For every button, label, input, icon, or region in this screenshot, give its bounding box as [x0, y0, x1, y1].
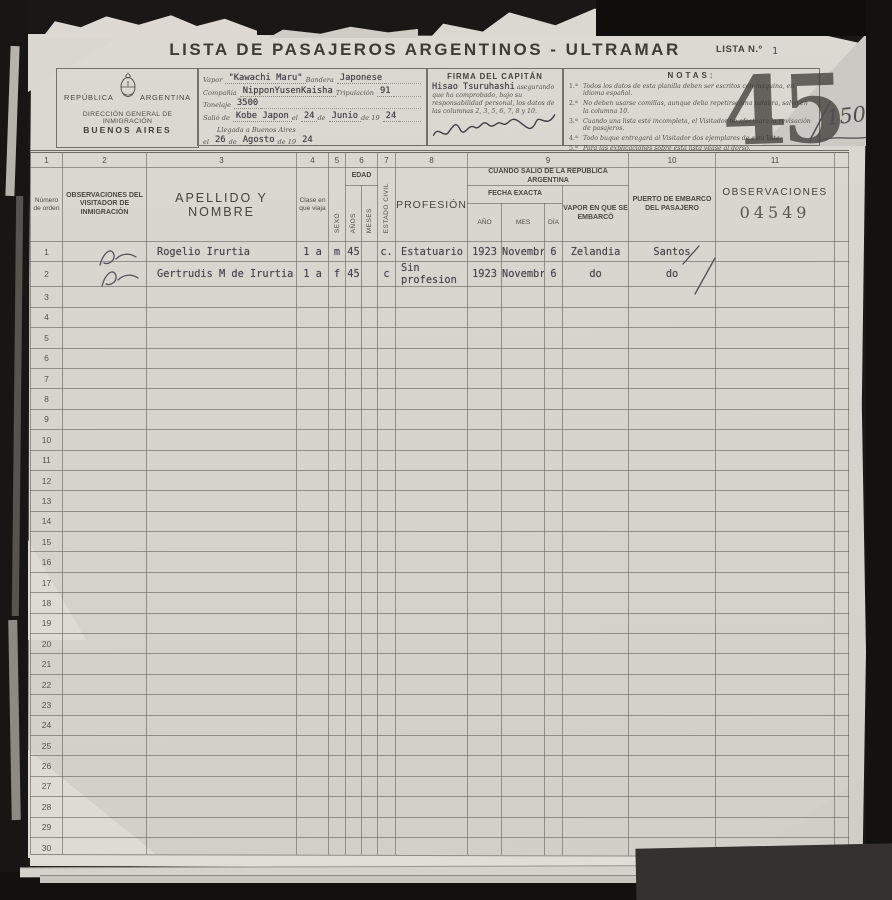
- agency-argentina: ARGENTINA: [140, 93, 191, 102]
- cell-estado: [378, 756, 396, 776]
- cell-margin: [835, 756, 849, 776]
- cell-mes: [502, 552, 545, 572]
- cell-name: [147, 328, 297, 348]
- cell-visitador: [63, 776, 147, 796]
- cell-margin: [835, 613, 849, 633]
- cell-sexo: [329, 715, 346, 735]
- cell-margin: [835, 735, 849, 755]
- cell-clase: [297, 654, 329, 674]
- cell-anos: [346, 368, 362, 388]
- cell-visitador: [63, 409, 147, 429]
- cell-visitador: [63, 613, 147, 633]
- cell-name: [147, 511, 297, 531]
- cell-visitador: [63, 470, 147, 490]
- cell-profesion: [396, 593, 468, 613]
- cell-dia: [545, 511, 563, 531]
- table-row: 29: [31, 817, 849, 837]
- table-row: 23: [31, 695, 849, 715]
- cell-clase: [297, 756, 329, 776]
- cell-obs: [716, 613, 835, 633]
- passenger-table: 1 2 3 4 5 6 7 8 9 10 11 Número de orden …: [30, 150, 849, 858]
- cell-estado: [378, 307, 396, 327]
- cell-clase: [297, 532, 329, 552]
- cell-mes: Novembre: [502, 262, 545, 287]
- llegada-mes: Agosto: [240, 135, 278, 146]
- cell-num: 12: [31, 470, 63, 490]
- cell-meses: [362, 287, 378, 307]
- cell-anos: [346, 389, 362, 409]
- cell-name: [147, 552, 297, 572]
- observaciones-number-stamp: 04549: [716, 203, 834, 222]
- cell-visitador: [63, 307, 147, 327]
- header-sexo: SEXO: [329, 168, 346, 242]
- cell-name: [147, 735, 297, 755]
- cell-dia: [545, 593, 563, 613]
- cell-anos: [346, 572, 362, 592]
- cell-vapor: [563, 368, 629, 388]
- cell-name: [147, 491, 297, 511]
- llegada-de-label: de: [229, 138, 237, 146]
- cell-margin: [835, 817, 849, 837]
- cell-obs: [716, 532, 835, 552]
- cell-vapor: [563, 593, 629, 613]
- cell-anos: [346, 695, 362, 715]
- cell-ano: [468, 756, 502, 776]
- cell-vapor: [563, 797, 629, 817]
- cell-vapor: [563, 430, 629, 450]
- cell-vapor: [563, 307, 629, 327]
- cell-mes: Novembre: [502, 242, 545, 262]
- cell-puerto: [629, 613, 716, 633]
- cell-num: 7: [31, 368, 63, 388]
- cell-vapor: [563, 409, 629, 429]
- cell-dia: [545, 532, 563, 552]
- cell-name: [147, 634, 297, 654]
- cell-estado: [378, 817, 396, 837]
- cell-anos: [346, 287, 362, 307]
- cell-anos: [346, 756, 362, 776]
- cell-vapor: [563, 674, 629, 694]
- cell-ano: [468, 817, 502, 837]
- col-number: 6: [346, 152, 378, 168]
- cell-visitador: [63, 368, 147, 388]
- cell-name: Gertrudis M de Irurtia: [147, 262, 297, 287]
- cell-profesion: [396, 634, 468, 654]
- cell-mes: [502, 817, 545, 837]
- cell-margin: [835, 450, 849, 470]
- cell-sexo: [329, 409, 346, 429]
- cell-name: [147, 450, 297, 470]
- cell-estado: [378, 470, 396, 490]
- cell-mes: [502, 654, 545, 674]
- cell-anos: [346, 715, 362, 735]
- cell-mes: [502, 634, 545, 654]
- cell-obs: [716, 409, 835, 429]
- cell-vapor: [563, 348, 629, 368]
- cell-clase: [297, 348, 329, 368]
- cell-obs: [716, 430, 835, 450]
- cell-name: [147, 572, 297, 592]
- cell-num: 24: [31, 715, 63, 735]
- cell-anos: [346, 817, 362, 837]
- cell-sexo: [329, 674, 346, 694]
- cell-puerto: [629, 634, 716, 654]
- captain-signature-box: FIRMA DEL CAPITÁN Hisao Tsuruhashi asegu…: [427, 68, 563, 146]
- cell-estado: [378, 572, 396, 592]
- col-number: 2: [63, 152, 147, 168]
- bandera-value: Japonese: [337, 73, 385, 84]
- cell-sexo: [329, 654, 346, 674]
- cell-puerto: [629, 307, 716, 327]
- cell-ano: [468, 695, 502, 715]
- cell-dia: [545, 368, 563, 388]
- cell-sexo: [329, 348, 346, 368]
- table-row: 6: [31, 348, 849, 368]
- cell-visitador: [63, 756, 147, 776]
- cell-ano: [468, 532, 502, 552]
- cell-clase: [297, 634, 329, 654]
- table-row: 18: [31, 593, 849, 613]
- cell-obs: [716, 348, 835, 368]
- cell-sexo: [329, 430, 346, 450]
- cell-puerto: [629, 674, 716, 694]
- cell-meses: [362, 368, 378, 388]
- tripulacion-label: Tripulación: [336, 89, 374, 97]
- table-row: 2Gertrudis M de Irurtia1 af45cSin profes…: [31, 262, 849, 287]
- cell-profesion: [396, 389, 468, 409]
- cell-num: 1: [31, 242, 63, 262]
- cell-estado: [378, 368, 396, 388]
- cell-puerto: [629, 389, 716, 409]
- col-number: 7: [378, 152, 396, 168]
- salio-mes: Junio: [329, 111, 361, 122]
- cell-meses: [362, 552, 378, 572]
- table-row: 22: [31, 674, 849, 694]
- cell-name: [147, 532, 297, 552]
- cell-estado: [378, 654, 396, 674]
- cell-meses: [362, 532, 378, 552]
- cell-dia: [545, 797, 563, 817]
- cell-obs: [716, 470, 835, 490]
- cell-clase: [297, 389, 329, 409]
- cell-anos: 45: [346, 242, 362, 262]
- header-anos: AÑOS: [346, 186, 362, 242]
- cell-puerto: [629, 797, 716, 817]
- compania-value: NipponYusenKaisha: [240, 86, 336, 97]
- cell-clase: [297, 491, 329, 511]
- cell-meses: [362, 491, 378, 511]
- cell-vapor: [563, 756, 629, 776]
- cell-name: [147, 674, 297, 694]
- cell-sexo: [329, 572, 346, 592]
- table-row: 4: [31, 307, 849, 327]
- cell-margin: [835, 593, 849, 613]
- cell-mes: [502, 797, 545, 817]
- cell-ano: [468, 735, 502, 755]
- cell-meses: [362, 450, 378, 470]
- cell-meses: [362, 776, 378, 796]
- cell-profesion: [396, 695, 468, 715]
- cell-estado: [378, 715, 396, 735]
- cell-mes: [502, 328, 545, 348]
- cell-sexo: m: [329, 242, 346, 262]
- cell-meses: [362, 735, 378, 755]
- cell-mes: [502, 491, 545, 511]
- cell-sexo: [329, 593, 346, 613]
- cell-sexo: [329, 552, 346, 572]
- cell-sexo: [329, 532, 346, 552]
- cell-sexo: [329, 756, 346, 776]
- cell-ano: [468, 797, 502, 817]
- cell-vapor: [563, 491, 629, 511]
- cell-anos: [346, 797, 362, 817]
- cell-visitador: [63, 532, 147, 552]
- cell-sexo: [329, 470, 346, 490]
- cell-profesion: [396, 674, 468, 694]
- cell-profesion: [396, 348, 468, 368]
- cell-obs: [716, 450, 835, 470]
- table-row: 10: [31, 430, 849, 450]
- cell-puerto: [629, 532, 716, 552]
- cell-meses: [362, 634, 378, 654]
- cell-puerto: [629, 756, 716, 776]
- book-cover-corner: [635, 843, 892, 900]
- cell-dia: [545, 287, 563, 307]
- cell-ano: [468, 389, 502, 409]
- cell-puerto: [629, 409, 716, 429]
- cell-sexo: [329, 776, 346, 796]
- cell-vapor: [563, 389, 629, 409]
- cell-clase: [297, 593, 329, 613]
- cell-profesion: [396, 735, 468, 755]
- torn-paper-edge: [268, 24, 418, 38]
- agency-box: REPÚBLICA ARGENTINA DIRECCIÓN GENERAL DE…: [56, 68, 199, 148]
- de19-label: de 19: [361, 114, 380, 122]
- cell-name: [147, 409, 297, 429]
- cell-num: 16: [31, 552, 63, 572]
- header-visitador: OBSERVACIONES DEL VISITADOR DE INMIGRACI…: [63, 168, 147, 242]
- bandera-label: Bandera: [306, 76, 334, 84]
- cell-dia: [545, 634, 563, 654]
- cell-visitador: [63, 715, 147, 735]
- cell-obs: [716, 511, 835, 531]
- cell-obs: [716, 674, 835, 694]
- cell-obs: [716, 572, 835, 592]
- cell-anos: [346, 552, 362, 572]
- cell-vapor: [563, 572, 629, 592]
- page-title: LISTA DE PASAJEROS ARGENTINOS - ULTRAMAR: [160, 40, 690, 60]
- cell-puerto: [629, 552, 716, 572]
- cell-margin: [835, 654, 849, 674]
- table-row: 3: [31, 287, 849, 307]
- vapor-value: "Kawachi Maru": [225, 73, 305, 84]
- cell-mes: [502, 287, 545, 307]
- cell-puerto: [629, 511, 716, 531]
- cell-mes: [502, 756, 545, 776]
- cell-ano: [468, 552, 502, 572]
- captain-handwritten-signature: [430, 106, 560, 145]
- cell-clase: [297, 368, 329, 388]
- cell-meses: [362, 430, 378, 450]
- cell-num: 29: [31, 817, 63, 837]
- cell-name: [147, 613, 297, 633]
- cell-mes: [502, 409, 545, 429]
- cell-estado: [378, 797, 396, 817]
- cell-sexo: [329, 307, 346, 327]
- cell-dia: [545, 715, 563, 735]
- salio-anio: 24: [383, 111, 400, 122]
- cell-meses: [362, 593, 378, 613]
- cell-visitador: [63, 797, 147, 817]
- cell-vapor: [563, 715, 629, 735]
- cell-margin: [835, 262, 849, 287]
- cell-margin: [835, 511, 849, 531]
- table-row: 12: [31, 470, 849, 490]
- cell-obs: [716, 307, 835, 327]
- cell-margin: [835, 328, 849, 348]
- cell-estado: [378, 674, 396, 694]
- header-clase: Clase en que viaja: [297, 168, 329, 242]
- header-ano: AÑO: [468, 204, 502, 242]
- cell-puerto: [629, 328, 716, 348]
- cell-sexo: [329, 328, 346, 348]
- cell-margin: [835, 552, 849, 572]
- compania-label: Compañía: [203, 89, 237, 97]
- cell-num: 13: [31, 491, 63, 511]
- cell-profesion: Sin profesion: [396, 262, 468, 287]
- cell-puerto: [629, 735, 716, 755]
- header-edad: EDAD: [346, 168, 378, 186]
- cell-name: [147, 817, 297, 837]
- header-mes: MES: [502, 204, 545, 242]
- cell-clase: [297, 450, 329, 470]
- cell-obs: [716, 389, 835, 409]
- cell-vapor: [563, 735, 629, 755]
- llegada-anio: 24: [299, 135, 316, 146]
- tonelaje-value: 3500: [234, 98, 261, 109]
- scan-background: [596, 0, 892, 36]
- cell-clase: [297, 328, 329, 348]
- cell-ano: [468, 287, 502, 307]
- cell-clase: [297, 409, 329, 429]
- margin-strip: [835, 168, 849, 242]
- cell-name: [147, 695, 297, 715]
- cell-meses: [362, 756, 378, 776]
- cell-meses: [362, 613, 378, 633]
- cell-clase: [297, 430, 329, 450]
- cell-ano: [468, 654, 502, 674]
- cell-obs: [716, 368, 835, 388]
- cell-num: 10: [31, 430, 63, 450]
- cell-margin: [835, 491, 849, 511]
- cell-dia: [545, 552, 563, 572]
- cell-name: [147, 776, 297, 796]
- cell-name: [147, 430, 297, 450]
- cell-visitador: [63, 328, 147, 348]
- cell-name: Rogelio Irurtia: [147, 242, 297, 262]
- cell-clase: [297, 715, 329, 735]
- cell-meses: [362, 348, 378, 368]
- vapor-label: Vapor: [203, 76, 222, 84]
- cell-estado: c.: [378, 242, 396, 262]
- cell-num: 21: [31, 654, 63, 674]
- llegada-label: Llegada a Buenos Aires: [217, 126, 296, 134]
- cell-visitador: [63, 491, 147, 511]
- cell-profesion: [396, 817, 468, 837]
- cell-vapor: [563, 532, 629, 552]
- cell-mes: [502, 470, 545, 490]
- visitador-handwritten-mark: [96, 266, 142, 290]
- cell-dia: [545, 572, 563, 592]
- cell-dia: [545, 348, 563, 368]
- lista-number-label: LISTA N.º: [716, 44, 763, 55]
- cell-estado: [378, 287, 396, 307]
- cell-obs: [716, 776, 835, 796]
- cell-sexo: [329, 797, 346, 817]
- cell-ano: [468, 776, 502, 796]
- cell-clase: [297, 287, 329, 307]
- cell-name: [147, 287, 297, 307]
- cell-dia: [545, 328, 563, 348]
- ship-line-llegada: el 26 de Agosto de 19 24: [203, 134, 421, 146]
- cell-sexo: [329, 368, 346, 388]
- cell-num: 26: [31, 756, 63, 776]
- cell-meses: [362, 262, 378, 287]
- cell-margin: [835, 287, 849, 307]
- cell-estado: [378, 532, 396, 552]
- col-number: 5: [329, 152, 346, 168]
- cell-margin: [835, 572, 849, 592]
- cell-anos: [346, 328, 362, 348]
- cell-obs: [716, 552, 835, 572]
- cell-clase: 1 a: [297, 262, 329, 287]
- cell-anos: [346, 634, 362, 654]
- cell-num: 23: [31, 695, 63, 715]
- cell-mes: [502, 430, 545, 450]
- cell-meses: [362, 715, 378, 735]
- cell-clase: [297, 511, 329, 531]
- cell-mes: [502, 715, 545, 735]
- cell-mes: [502, 450, 545, 470]
- col-number: 8: [396, 152, 468, 168]
- cell-anos: [346, 674, 362, 694]
- cell-dia: [545, 756, 563, 776]
- cell-vapor: [563, 695, 629, 715]
- cell-ano: [468, 328, 502, 348]
- cell-sexo: f: [329, 262, 346, 287]
- llegada-el-label: el: [203, 138, 209, 146]
- cell-margin: [835, 470, 849, 490]
- cell-puerto: [629, 430, 716, 450]
- cell-vapor: [563, 776, 629, 796]
- cell-vapor: [563, 328, 629, 348]
- cell-margin: [835, 368, 849, 388]
- cell-ano: [468, 491, 502, 511]
- cell-profesion: [396, 430, 468, 450]
- cell-num: 27: [31, 776, 63, 796]
- header-estado-civil: ESTADO CIVIL: [378, 168, 396, 242]
- cell-dia: [545, 389, 563, 409]
- cell-estado: [378, 695, 396, 715]
- cell-num: 4: [31, 307, 63, 327]
- cell-clase: [297, 572, 329, 592]
- cell-profesion: [396, 613, 468, 633]
- cell-ano: 1923: [468, 262, 502, 287]
- cell-clase: [297, 735, 329, 755]
- cell-ano: [468, 368, 502, 388]
- ship-line-salio: Salió de Kobe Japon el 24 de Junio de 19…: [203, 109, 421, 121]
- table-row: 19: [31, 613, 849, 633]
